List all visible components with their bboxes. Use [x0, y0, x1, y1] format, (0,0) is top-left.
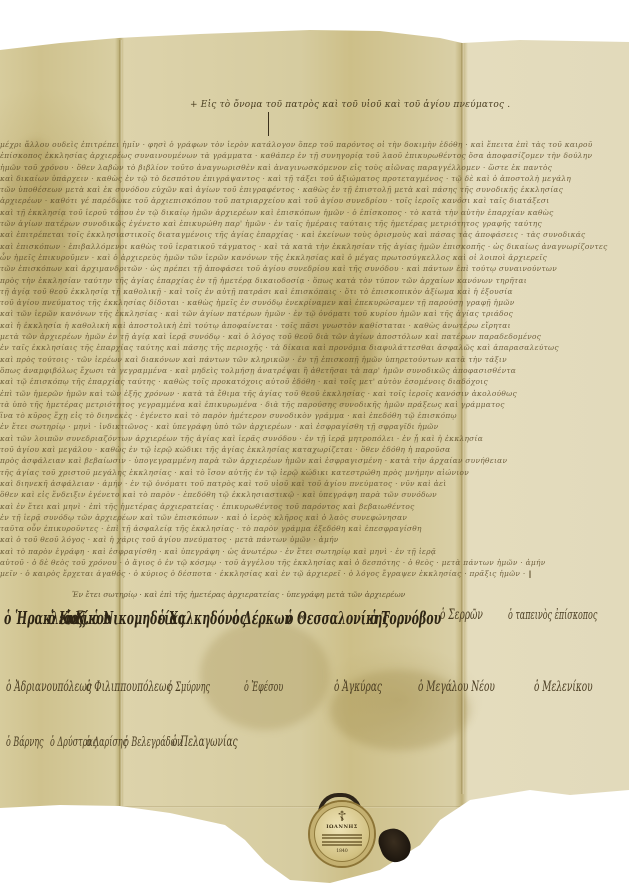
signature: ὁ Δέρκων: [232, 608, 292, 629]
signature: ὁ Ἐφέσου: [244, 680, 283, 694]
text-line: καὶ ὁ τοῦ θεοῦ λόγος · καὶ ἡ χάρις τοῦ ἁ…: [0, 534, 629, 545]
text-line: καὶ τῶν ἱερῶν κανόνων τῆς ἐκκλησίας · κα…: [0, 308, 629, 319]
text-line: τῶν ἐπισκόπων καὶ ἀρχιμανδριτῶν · ὡς πρέ…: [0, 263, 629, 274]
seal-name: ΙΩΑΝΝΗΣ: [326, 824, 358, 830]
text-line: πρὸς τὴν ἐκκλησίαν ταύτην τῆς ἁγίας ἐπαρ…: [0, 275, 629, 286]
seal-inscription: [322, 832, 362, 848]
text-line: τοῦ ἁγίου πνεύματος τῆς ἐκκλησίας δίδοτα…: [0, 297, 629, 308]
text-line: ἡμῶν τοῦ χρόνου · ὅθεν λαβὼν τὸ βιβλίον …: [0, 162, 629, 173]
text-line: καὶ δικαίων ὑπάρχειν · καθὼς ἐν τῷ τὸ δε…: [0, 173, 629, 184]
text-line: ἵνα τὸ κῦρος ἔχῃ εἰς τὸ διηνεκὲς · ἐγένε…: [0, 410, 629, 421]
text-line: ὧν ἡμεῖς ἐπικυροῦμεν · καὶ ὁ ἀρχιερεὺς ἡ…: [0, 252, 629, 263]
text-line: καὶ τῇ ἐκκλησίᾳ τοῦ ἱεροῦ τόπου ἐν τῷ δι…: [0, 207, 629, 218]
body-text: μέχρι ἄλλου ουδεὶς ἐπιτρέπει ἡμῖν · φησὶ…: [0, 139, 629, 580]
text-line: καὶ διηνεκῆ ἀσφάλειαν · ἀμήν · ἐν τῷ ὀνό…: [0, 478, 629, 489]
signature-row-1: ὁ Ἡρακλείας ὁ Κυζίκου ὁ Ν. ὁ Νικομηδείας…: [0, 608, 629, 668]
signature-row-2: ὁ Ἀδριανουπόλεως ὁ Φιλιππουπόλεως ὁ Σμύρ…: [0, 680, 629, 740]
text-line: τῆς ἁγίας τοῦ χριστοῦ μεγάλης ἐκκλησίας …: [0, 467, 629, 478]
text-line: ταῦτα οὖν ἐπικυροῦντες · ἐπὶ τῇ ἀσφαλείᾳ…: [0, 523, 629, 534]
text-line: ὅθεν καὶ εἰς ἔνδειξιν ἐγένετο καὶ τὸ παρ…: [0, 489, 629, 500]
parchment-sheet: + Εἰς τὸ ὄνομα τοῦ πατρὸς καὶ τοῦ υἱοῦ κ…: [0, 0, 629, 890]
fold-line-bottom: [120, 806, 470, 808]
text-line: καὶ τῷ ἐπισκόπῳ τῆς ἐπαρχίας ταύτης · κα…: [0, 376, 629, 387]
closing-line: Ἐν ἔτει σωτηρίῳ · καὶ ἐπὶ τῆς ἡμετέρας ἀ…: [72, 590, 405, 599]
text-line: πρὸς ἀσφάλειαν καὶ βεβαίωσιν · ὑπογεγραμ…: [0, 455, 629, 466]
text-line: τῶν ὑποθέσεων μετὰ καὶ ἐκ συνόδου εὐχῶν …: [0, 184, 629, 195]
text-line: καὶ πρὸς τούτοις · τῶν ἱερέων καὶ διακόν…: [0, 354, 629, 365]
text-line: αὐτοῦ · ὁ δὲ θεὸς τοῦ χρόνου · ὁ ἅγιος ὁ…: [0, 557, 629, 568]
text-line: μετὰ τῶν ἀρχιερέων ἡμῶν ἐν τῇ ἁγίᾳ καὶ ἱ…: [0, 331, 629, 342]
manuscript-document: + Εἰς τὸ ὄνομα τοῦ πατρὸς καὶ τοῦ υἱοῦ κ…: [0, 0, 629, 890]
text-line: τὰ ὑπὸ τῆς ἡμετέρας μετριότητος γεγραμμέ…: [0, 399, 629, 410]
text-line: ὅπως ἀναμφιβόλως ἔχωσι τὰ γεγραμμένα · κ…: [0, 365, 629, 376]
text-line: τῇ ἁγίᾳ τοῦ θεοῦ ἐκκλησίᾳ τῇ καθολικῇ · …: [0, 286, 629, 297]
text-line: τοῦ ἁγίου καὶ μεγάλου · καθὼς ἐν τῷ ἱερῷ…: [0, 444, 629, 455]
text-line: ἐπὶ τῶν ἡμερῶν ἡμῶν καὶ τῶν ἑξῆς χρόνων …: [0, 388, 629, 399]
invocation-line: + Εἰς τὸ ὄνομα τοῦ πατρὸς καὶ τοῦ υἱοῦ κ…: [190, 100, 470, 110]
signature: ὁ Πελαγωνίας: [172, 735, 238, 751]
text-line: τῶν ἁγίων πατέρων συνοδικῶς ἐγένετο καὶ …: [0, 218, 629, 229]
text-line: καὶ ἐπιτρέπεται τοῖς ἐκκλησιαστικοῖς δια…: [0, 229, 629, 240]
text-line: μέχρι ἄλλου ουδεὶς ἐπιτρέπει ἡμῖν · φησὶ…: [0, 139, 629, 150]
signature: ὁ Ἀγκύρας: [334, 680, 382, 696]
signature: ὁ Λαρίσης: [86, 735, 127, 749]
text-line: ἐν ἔτει σωτηρίῳ · μηνὶ · ἰνδικτιῶνος · κ…: [0, 421, 629, 432]
text-line: ἐπίσκοπος ἐκκλησίας ἀρχιερέως συναινουμέ…: [0, 150, 629, 161]
text-line: ἐν τῇ ἱερᾷ συνόδῳ τῶν ἀρχιερέων καὶ τῶν …: [0, 512, 629, 523]
wax-seal: ☦ ΙΩΑΝΝΗΣ 1840: [310, 802, 374, 866]
text-line: καὶ ἡ ἐκκλησία ἡ καθολικὴ καὶ ἀποστολικὴ…: [0, 320, 629, 331]
signature: ὁ Μεγάλου Νέου: [418, 680, 495, 696]
text-line: καὶ τὸ παρὸν ἐγράφη · καὶ ἐσφραγίσθη · κ…: [0, 546, 629, 557]
text-line: καὶ τῶν λοιπῶν συνεδριαζόντων ἀρχιερέων …: [0, 433, 629, 444]
seal-date: 1840: [336, 849, 347, 854]
text-line: ἀρχιερέων · καθότι γέ παρέδωκε τοῦ ἀρχιε…: [0, 195, 629, 206]
signature: ὁ Ν.: [64, 608, 89, 629]
signature: ὁ Τορνόβου: [370, 608, 441, 629]
double-headed-eagle-icon: ☦: [337, 810, 346, 824]
signature: ὁ Φιλιππουπόλεως: [86, 680, 171, 696]
text-line: μεῖν · ὁ καιρὸς ἔρχεται ἀγαθός · ὁ κύριο…: [0, 568, 629, 579]
signature: ὁ Ἀδριανουπόλεως: [6, 680, 92, 696]
ink-mark: [268, 112, 269, 136]
text-line: καὶ ἐν ἔτει καὶ μηνὶ · ἐπὶ τῆς ἡμετέρας …: [0, 501, 629, 512]
signature: ὁ Σερρῶν: [440, 608, 483, 624]
signature: ὁ Μελενίκου: [534, 680, 593, 696]
signature: ὁ Σμύρνης: [168, 680, 210, 694]
signature: ὁ Βάρνης: [6, 735, 43, 749]
text-line: ἐν ταῖς ἐκκλησίαις τῆς ἐπαρχίας ταύτης κ…: [0, 342, 629, 353]
text-line: καὶ ἐπισκόπων · ἐπιβαλλόμενοι καθὼς τοῦ …: [0, 241, 629, 252]
signature: ὁ ταπεινὸς ἐπίσκοπος: [508, 608, 597, 622]
signature-row-3: ὁ Βάρνης ὁ Δρύστρας ὁ Λαρίσης ὁ Βελεγράδ…: [0, 735, 629, 795]
